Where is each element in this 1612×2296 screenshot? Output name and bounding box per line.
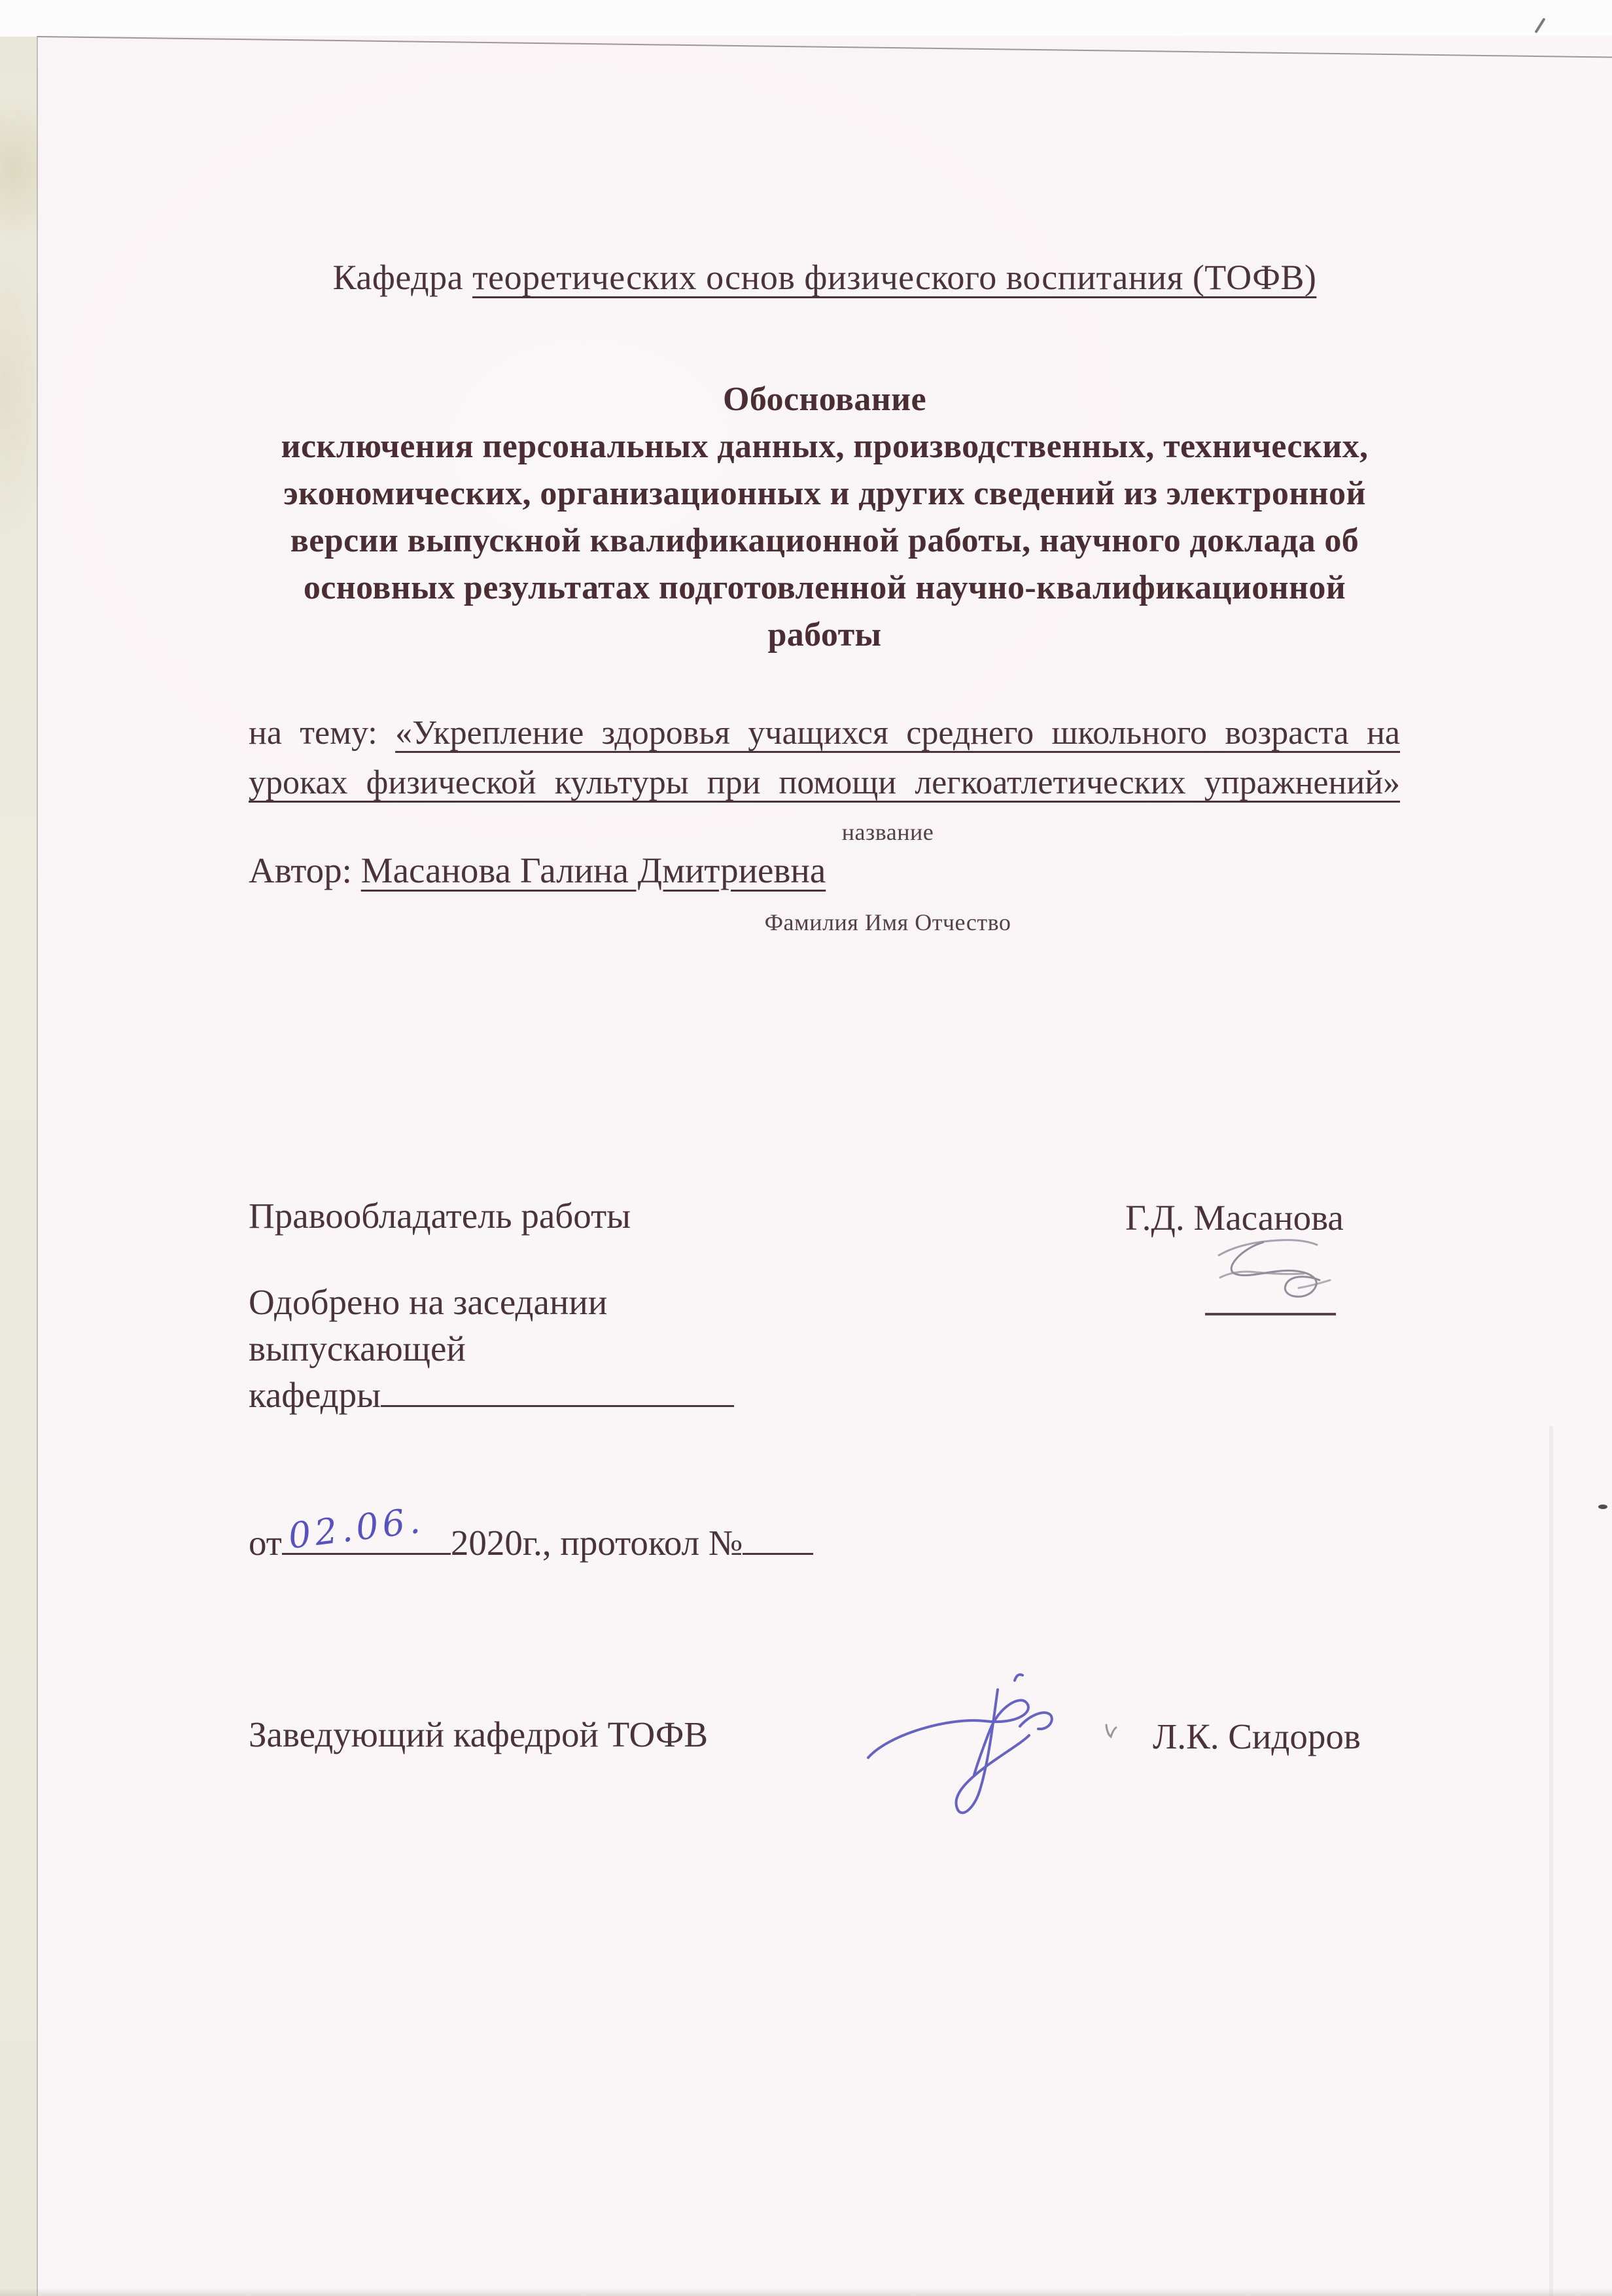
scan-speck-artifact: [1598, 1505, 1607, 1509]
signature-underline: [1205, 1313, 1336, 1315]
approval-block: Одобрено на заседании выпускающей кафедр…: [249, 1279, 734, 1418]
heading-line: экономических, организационных и других …: [37, 470, 1612, 517]
approval-line-2: выпускающей: [249, 1325, 734, 1372]
scanner-margin-left: [0, 0, 37, 2296]
department-underlined: теоретических основ физического воспитан…: [472, 258, 1316, 297]
author-line: Автор: Масанова Галина Дмитриевна: [249, 850, 826, 891]
heading-line: работы: [37, 612, 1612, 659]
topic-title-underlined: «Укрепление здоровья учащихся среднего ш…: [249, 714, 1400, 801]
author-label: Автор:: [249, 850, 361, 890]
scanner-margin-top: [0, 0, 1612, 37]
checkmark-tick: [1104, 1722, 1119, 1741]
topic-paragraph: на тему: «Укрепление здоровья учащихся с…: [249, 708, 1400, 808]
topic-caption: название: [692, 818, 1084, 846]
protocol-suffix: 2020г., протокол №: [451, 1523, 743, 1563]
approval-line-3-label: кафедры: [249, 1375, 381, 1415]
department-line: Кафедра теоретических основ физического …: [37, 257, 1612, 298]
blank-line-kafedra: [381, 1405, 734, 1407]
protocol-prefix: от: [249, 1523, 282, 1563]
sidorov-signature: [860, 1666, 1063, 1830]
heading-line: основных результатах подготовленной науч…: [37, 565, 1612, 612]
blank-line-date: 02.06.: [282, 1553, 451, 1555]
justification-heading: Обоснование исключения персональных данн…: [37, 376, 1612, 659]
approval-line-1: Одобрено на заседании: [249, 1279, 734, 1325]
approval-line-3: кафедры: [249, 1372, 734, 1418]
topic-prefix: на тему:: [249, 714, 395, 752]
rightsholder-label: Правообладатель работы: [249, 1195, 631, 1236]
heading-line: исключения персональных данных, производ…: [37, 423, 1612, 470]
scan-bottom-shadow: [0, 2288, 1612, 2296]
author-name-underlined: Масанова Галина Дмитриевна: [361, 850, 826, 890]
scan-streak-artifact: [1549, 1426, 1553, 2296]
handwritten-date: 02.06.: [286, 1499, 426, 1557]
scanned-document: Кафедра теоретических основ физического …: [0, 0, 1612, 2296]
blank-line-protocol-number: [743, 1553, 813, 1555]
department-prefix: Кафедра: [333, 258, 472, 297]
author-caption: Фамилия Имя Отчество: [626, 909, 1149, 936]
document-page: Кафедра теоретических основ физического …: [37, 36, 1612, 2296]
protocol-line: от02.06.2020г., протокол №: [249, 1522, 813, 1563]
page-left-edge: [37, 36, 38, 2296]
head-of-department-name: Л.К. Сидоров: [1153, 1716, 1361, 1757]
heading-line: версии выпускной квалификационной работы…: [37, 517, 1612, 565]
masanova-signature: [1200, 1232, 1351, 1313]
head-of-department-label: Заведующий кафедрой ТОФВ: [249, 1714, 708, 1755]
heading-line: Обоснование: [37, 376, 1612, 423]
